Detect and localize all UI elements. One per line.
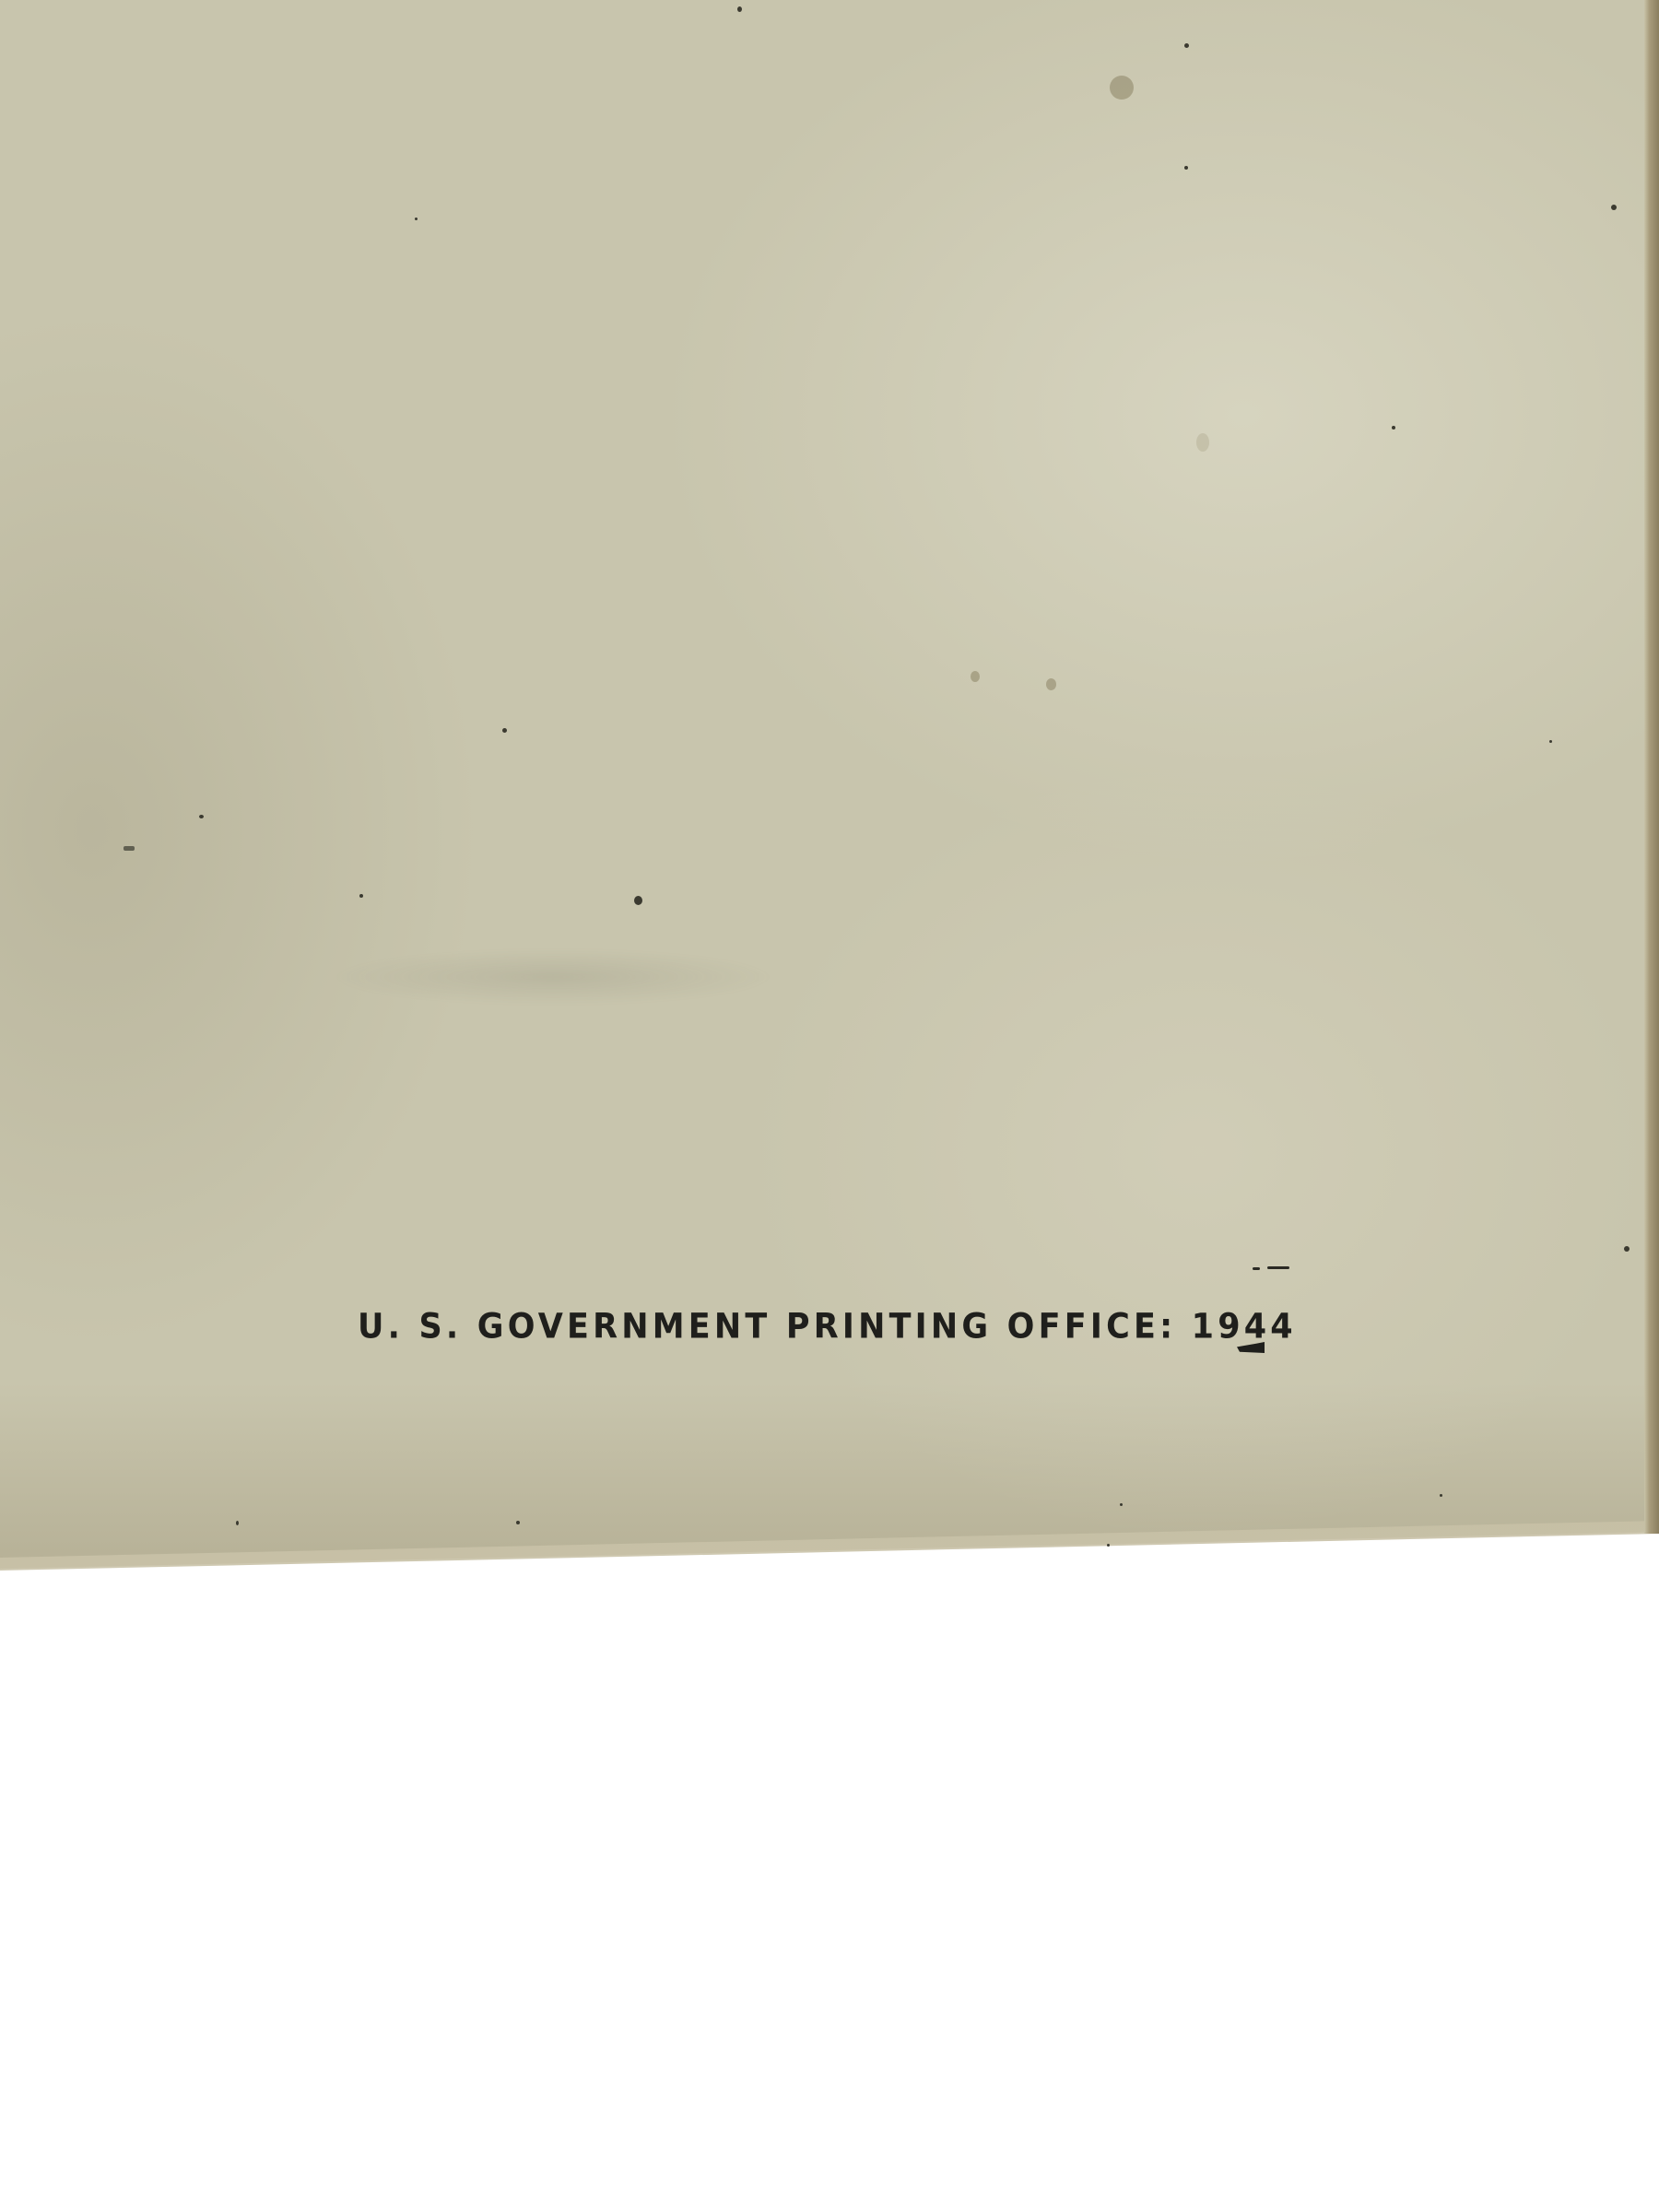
paper-speck [199, 815, 204, 818]
printer-imprint: U. S. GOVERNMENT PRINTING OFFICE: 1944 [358, 1307, 1270, 1347]
paper-speck [1624, 1246, 1630, 1252]
paper-speck [737, 6, 742, 12]
paper-speck [1120, 1503, 1123, 1506]
paper-speck [1440, 1494, 1442, 1497]
paper-speck [1107, 1544, 1110, 1547]
foxing-stain [1110, 76, 1134, 100]
book-spine-edge [1644, 0, 1659, 1534]
paper-speck [1184, 166, 1188, 170]
foxing-stain [1046, 678, 1056, 690]
paper-speck [124, 846, 135, 851]
paper-speck [415, 218, 418, 220]
foxing-stain [971, 671, 980, 682]
paper-speck [1549, 740, 1552, 743]
paper-speck [634, 896, 642, 905]
faint-offset-smudge [332, 949, 774, 1005]
paper-speck [502, 728, 507, 733]
paper-speck [1611, 205, 1617, 210]
paper-speck [359, 894, 363, 898]
stray-ink-mark [1253, 1267, 1260, 1270]
paper-speck [1392, 426, 1395, 429]
paper-speck [236, 1521, 239, 1525]
paper-speck [516, 1521, 520, 1524]
stray-ink-mark [1267, 1266, 1289, 1269]
foxing-stain [1196, 433, 1209, 452]
paper-speck [1184, 43, 1189, 48]
